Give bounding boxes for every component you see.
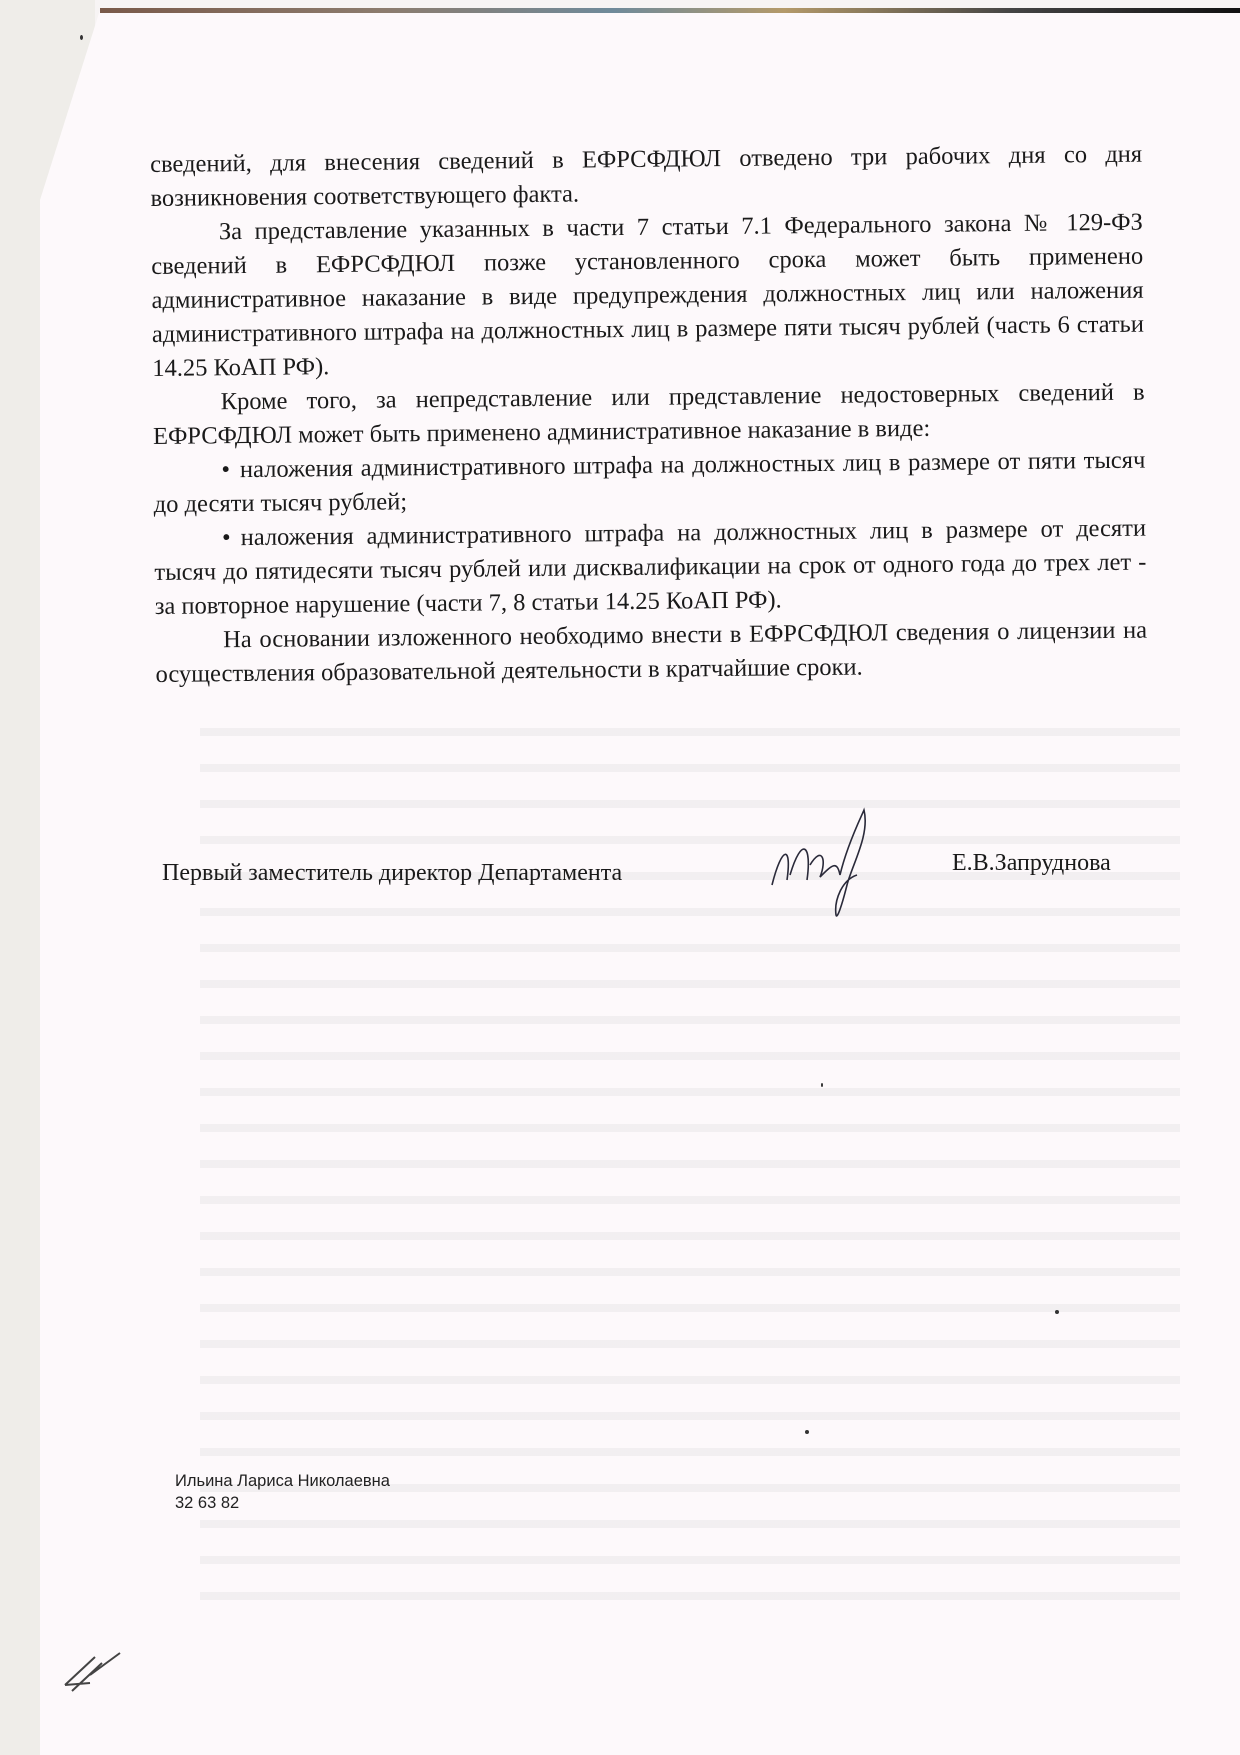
executor-phone: 32 63 82 (175, 1492, 390, 1514)
bullet-text: наложения административного штрафа на до… (154, 515, 1146, 620)
signatory-name: Е.В.Запруднова (952, 850, 1111, 877)
scan-speck (80, 35, 83, 40)
bullet-item-2: •наложения административного штрафа на д… (154, 512, 1147, 624)
handwritten-mark-icon (60, 1645, 130, 1700)
executor-info: Ильина Лариса Николаевна 32 63 82 (175, 1470, 390, 1514)
paragraph-late-submission: За представление указанных в части 7 ста… (151, 206, 1145, 386)
handwritten-signature-icon (752, 805, 882, 932)
bullet-item-1: •наложения административного штрафа на д… (153, 444, 1146, 522)
paragraph-continuation: сведений, для внесения сведений в ЕФРСФД… (150, 138, 1143, 216)
signature-block: Первый заместитель директор Департамента… (162, 860, 1142, 940)
bleed-through-text (200, 700, 1180, 1600)
scan-speck (1055, 1310, 1059, 1314)
bullet-text: наложения административного штрафа на до… (154, 447, 1146, 518)
signatory-position: Первый заместитель директор Департамента (162, 860, 622, 887)
paragraph-non-submission: Кроме того, за непредставление или предс… (152, 376, 1145, 454)
scan-speck (821, 1083, 823, 1087)
executor-name: Ильина Лариса Николаевна (175, 1470, 390, 1492)
scan-top-edge (100, 8, 1240, 13)
paragraph-conclusion: На основании изложенного необходимо внес… (155, 614, 1148, 692)
bullet-icon: • (222, 524, 231, 551)
scan-speck (805, 1430, 809, 1434)
document-body: сведений, для внесения сведений в ЕФРСФД… (150, 138, 1148, 692)
bullet-icon: • (221, 456, 230, 483)
